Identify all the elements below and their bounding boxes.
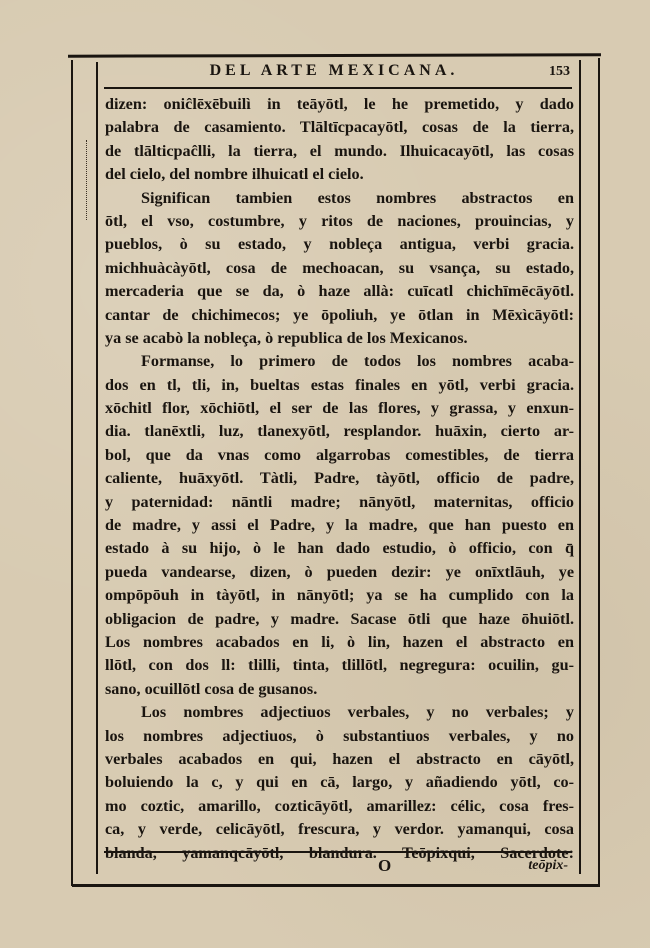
body-text: dizen: oniĉlēxēbuilì in teāyōtl, le he p… <box>105 93 574 865</box>
text-line: dos en tl, tli, in, bueltas estas finale… <box>105 374 574 397</box>
text-line: obligacion de padre, y madre. Sacase ōtl… <box>105 608 574 631</box>
text-line: estado à su hijo, ò le han dado estudio,… <box>105 537 574 560</box>
text-line: dizen: oniĉlēxēbuilì in teāyōtl, le he p… <box>105 93 574 116</box>
signature-mark: O <box>378 856 391 876</box>
margin-marks <box>86 140 91 220</box>
text-line: michhuàcàyōtl, cosa de mechoacan, su vsa… <box>105 257 574 280</box>
text-line: Significan tambien estos nombres abstrac… <box>105 187 574 210</box>
page-title: DEL ARTE MEXICANA. <box>174 62 494 80</box>
running-head: DEL ARTE MEXICANA. 153 <box>104 62 572 84</box>
text-line: ompōpōuh in tàyōtl, in nānyōtl; ya se ha… <box>105 584 574 607</box>
inner-frame-right-rule <box>579 60 581 874</box>
outer-frame-right-rule <box>598 58 600 886</box>
book-page: DEL ARTE MEXICANA. 153 dizen: oniĉlēxēbu… <box>0 0 650 948</box>
text-line: pueda vandearse, dizen, ò pueden dezir: … <box>105 561 574 584</box>
text-line: verbales acabados en qui, hazen el abstr… <box>105 748 574 771</box>
catchword: teōpix- <box>528 858 568 874</box>
text-line: pueblos, ò su estado, y nobleça antigua,… <box>105 233 574 256</box>
text-line: de madre, y assi el Padre, y la madre, q… <box>105 514 574 537</box>
text-line: ōtl, el vso, costumbre, y ritos de nacio… <box>105 210 574 233</box>
text-line: Los nombres adjectiuos verbales, y no ve… <box>105 701 574 724</box>
text-line: palabra de casamiento. Tlāltīcpacayōtl, … <box>105 116 574 139</box>
outer-frame-top-rule <box>68 53 601 57</box>
text-line: sano, ocuillōtl cosa de gusanos. <box>105 678 574 701</box>
page-footer: O teōpix- <box>104 856 572 882</box>
text-line: mercaderia que se da, ò haze allà: cuīca… <box>105 280 574 303</box>
text-line: dia. tlanēxtli, luz, tlanexyōtl, resplan… <box>105 420 574 443</box>
outer-frame-left-rule <box>71 60 73 886</box>
text-line: del cielo, del nombre ilhuicatl el cielo… <box>105 163 574 186</box>
text-line: los nombres adjectiuos, ò substantiuos v… <box>105 725 574 748</box>
header-rule <box>104 87 572 89</box>
text-line: bol, que da vnas como algarrobas comesti… <box>105 444 574 467</box>
text-line: de tlālticpaĉlli, la tierra, el mundo. I… <box>105 140 574 163</box>
text-line: caliente, huāxyōtl. Tàtli, Padre, tàyōtl… <box>105 467 574 490</box>
page-number: 153 <box>549 64 570 80</box>
text-line: Los nombres acabados en li, ò lin, hazen… <box>105 631 574 654</box>
text-line: llōtl, con dos ll: tlilli, tinta, tlillō… <box>105 654 574 677</box>
text-line: cantar de chichimecos; ye ōpoliuh, ye ōt… <box>105 304 574 327</box>
inner-frame-left-rule <box>96 62 98 874</box>
text-line: boluiendo la c, y qui en cā, largo, y añ… <box>105 771 574 794</box>
text-line: mo coztic, amarillo, cozticāyōtl, amaril… <box>105 795 574 818</box>
outer-frame-bottom-rule <box>72 884 600 887</box>
text-line: ya se acabò la nobleça, ò republica de l… <box>105 327 574 350</box>
text-line: y paternidad: nāntli madre; nānyōtl, mat… <box>105 491 574 514</box>
footer-rule <box>104 851 572 853</box>
text-line: Formanse, lo primero de todos los nombre… <box>105 350 574 373</box>
text-line: xōchitl flor, xōchiōtl, el ser de las fl… <box>105 397 574 420</box>
text-line: ca, y verde, celicāyōtl, frescura, y ver… <box>105 818 574 841</box>
